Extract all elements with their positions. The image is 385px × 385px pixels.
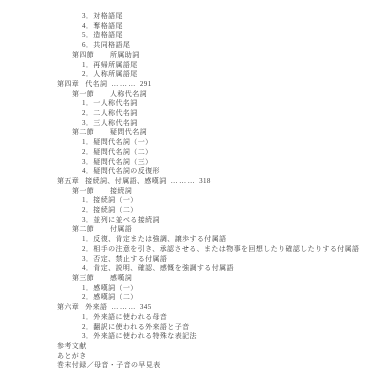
toc-entry: 1．感嘆詞（一） [82, 284, 365, 294]
entry-text: 巻末付録／母音・子音の早見表 [57, 361, 161, 369]
entry-text: 参考文献 [57, 342, 87, 350]
toc-entry: 2．相手の注意を引き、承認させる、または物事を回想したり確認したりする付属語 [82, 245, 365, 255]
entry-text: 人称代名詞 [110, 90, 147, 98]
entry-text: 1．感嘆詞（一） [82, 284, 138, 292]
entry-text: 2．疑問代名詞（二） [82, 148, 153, 156]
toc-page: 3．対格語尾 4．奪格語尾 5．造格語尾 6．共同格語尾 第四節所属助詞 1．再… [0, 0, 385, 385]
toc-entry: 4．肯定、説明、確認、感慨を強調する付属語 [82, 264, 365, 274]
entry-text: 2．相手の注意を引き、承認させる、または物事を回想したり確認したりする付属語 [82, 245, 359, 253]
toc-entry: 2．疑問代名詞（二） [82, 148, 365, 158]
entry-text: 接続詞、付属語、感嘆詞 [85, 177, 166, 185]
leader-dots: ……… [111, 80, 137, 88]
entry-text: 1．疑問代名詞（一） [82, 138, 153, 146]
entry-prefix: 第二節 [72, 128, 110, 138]
entry-prefix: 第六章 [57, 303, 79, 311]
page-ref: ………291 [111, 80, 151, 88]
toc-entry: 第六章外来語………345 [57, 303, 365, 313]
toc-entry: 3．並列に並べる接続詞 [82, 216, 365, 226]
entry-text: 2．翻訳に使われる外来語と子音 [82, 323, 190, 331]
toc-entry: 2．人称所属語尾 [82, 70, 365, 80]
entry-text: 1．接続詞（一） [82, 196, 138, 204]
entry-prefix: 第五章 [57, 177, 79, 185]
entry-text: 3．対格語尾 [82, 12, 123, 20]
entry-text: 5．造格語尾 [82, 31, 123, 39]
toc-entry: 第四章代名詞………291 [57, 80, 365, 90]
entry-text: 感嘆詞 [110, 274, 132, 282]
entry-text: 代名詞 [85, 80, 107, 88]
entry-text: あとがき [57, 352, 87, 360]
page-ref: ………318 [171, 177, 211, 185]
entry-text: 付属語 [110, 225, 132, 233]
entry-text: 3．疑問代名詞（三） [82, 158, 153, 166]
entry-prefix: 第一節 [72, 90, 110, 100]
entry-text: 1．反復、肯定または強調、譲歩する付属語 [82, 235, 227, 243]
entry-prefix: 第二節 [72, 225, 110, 235]
entry-text: 2．感嘆詞（二） [82, 293, 138, 301]
toc-entry: 2．二人称代名詞 [82, 109, 365, 119]
toc-entry: 第三節感嘆詞 [72, 274, 365, 284]
entry-text: 3．否定、禁止する付属語 [82, 255, 167, 263]
toc-entry: 2．接続詞（二） [82, 206, 365, 216]
toc-entry: 2．翻訳に使われる外来語と子音 [82, 323, 365, 333]
toc-entry: 1．外来語に使われる母音 [82, 313, 365, 323]
page-ref: ………345 [111, 303, 151, 311]
toc-entry: 3．外来語に使われる特殊な表記法 [82, 332, 365, 342]
toc-entry: 1．再帰所属語尾 [82, 61, 365, 71]
toc-entry: 1．疑問代名詞（一） [82, 138, 365, 148]
entry-text: 1．外来語に使われる母音 [82, 313, 167, 321]
entry-text: 所属助詞 [110, 51, 140, 59]
toc-entry: 2．感嘆詞（二） [82, 293, 365, 303]
toc-entry: 6．共同格語尾 [82, 41, 365, 51]
entry-text: 疑問代名詞 [110, 128, 147, 136]
toc-entry: 第一節人称代名詞 [72, 90, 365, 100]
leader-dots: ……… [111, 303, 137, 311]
entry-text: 外来語 [85, 303, 107, 311]
entry-prefix: 第四章 [57, 80, 79, 88]
page-number: 345 [140, 303, 152, 311]
toc-entry: 4．疑問代名詞の反復形 [82, 167, 365, 177]
entry-text: 3．三人称代名詞 [82, 119, 138, 127]
toc-entry: 1．反復、肯定または強調、譲歩する付属語 [82, 235, 365, 245]
entry-text: 2．二人称代名詞 [82, 109, 138, 117]
toc-entry: あとがき [57, 352, 365, 362]
leader-dots: ……… [171, 177, 197, 185]
toc-entry: 第五章接続詞、付属語、感嘆詞………318 [57, 177, 365, 187]
toc-entry: 3．疑問代名詞（三） [82, 158, 365, 168]
entry-prefix: 第三節 [72, 274, 110, 284]
entry-text: 2．人称所属語尾 [82, 70, 138, 78]
toc-entry: 4．奪格語尾 [82, 22, 365, 32]
entry-prefix: 第四節 [72, 51, 110, 61]
toc-entry: 3．三人称代名詞 [82, 119, 365, 129]
entry-text: 4．疑問代名詞の反復形 [82, 167, 160, 175]
toc-entry: 1．一人称代名詞 [82, 99, 365, 109]
entry-text: 2．接続詞（二） [82, 206, 138, 214]
toc-entry: 巻末付録／母音・子音の早見表 [57, 361, 365, 371]
toc-entry: 第四節所属助詞 [72, 51, 365, 61]
toc-entry: 第二節疑問代名詞 [72, 128, 365, 138]
entry-text: 6．共同格語尾 [82, 41, 130, 49]
toc-entry: 第二節付属語 [72, 225, 365, 235]
entry-text: 1．再帰所属語尾 [82, 61, 138, 69]
entry-text: 4．奪格語尾 [82, 22, 123, 30]
toc-entry: 1．接続詞（一） [82, 196, 365, 206]
page-number: 318 [199, 177, 211, 185]
entry-text: 3．並列に並べる接続詞 [82, 216, 160, 224]
page-number: 291 [140, 80, 152, 88]
toc-entry: 3．対格語尾 [82, 12, 365, 22]
entry-prefix: 第一節 [72, 187, 110, 197]
entry-text: 3．外来語に使われる特殊な表記法 [82, 332, 197, 340]
toc-entry: 参考文献 [57, 342, 365, 352]
toc-entry: 第一節接続詞 [72, 187, 365, 197]
toc-entry: 3．否定、禁止する付属語 [82, 255, 365, 265]
toc-entry: 5．造格語尾 [82, 31, 365, 41]
entry-text: 1．一人称代名詞 [82, 99, 138, 107]
entry-text: 4．肯定、説明、確認、感慨を強調する付属語 [82, 264, 234, 272]
entry-text: 接続詞 [110, 187, 132, 195]
